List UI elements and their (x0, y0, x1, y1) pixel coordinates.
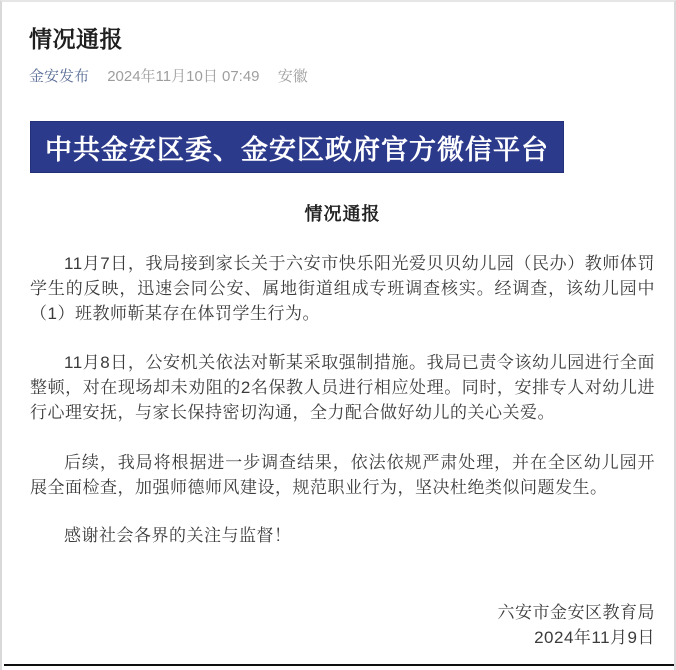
publish-datetime: 2024年11月10日 07:49 (107, 68, 259, 85)
article-title: 情况通报 (29, 24, 654, 54)
article-header: 情况通报 金安发布 2024年11月10日 07:49 安徽 (2, 2, 674, 87)
paragraph-measures-taken: 11月8日，公安机关依法对靳某采取强制措施。我局已责令该幼儿园进行全面整顿，对在… (30, 350, 655, 425)
wechat-article-page: 情况通报 金安发布 2024年11月10日 07:49 安徽 中共金安区委、金安… (0, 0, 676, 670)
banner-text: 中共金安区委、金安区政府官方微信平台 (45, 128, 549, 167)
paragraph-followup-actions: 后续，我局将根据进一步调查结果，依法依规严肃处理，并在全区幼儿园开展全面检查，加… (30, 450, 655, 500)
publish-location: 安徽 (278, 68, 308, 85)
byline: 金安发布 2024年11月10日 07:49 安徽 (29, 66, 654, 87)
notice-heading: 情况通报 (30, 202, 655, 227)
signature-date: 2024年11月9日 (30, 625, 655, 650)
signature-org: 六安市金安区教育局 (30, 600, 655, 625)
bottom-divider (4, 664, 674, 666)
account-name-link[interactable]: 金安发布 (29, 68, 89, 85)
official-platform-banner: 中共金安区委、金安区政府官方微信平台 (30, 121, 564, 173)
article-body: 情况通报 11月7日，我局接到家长关于六安市快乐阳光爱贝贝幼儿园（民办）教师体罚… (2, 202, 674, 650)
signature-block: 六安市金安区教育局 2024年11月9日 (30, 600, 655, 650)
paragraph-thanks: 感谢社会各界的关注与监督！ (30, 523, 655, 548)
paragraph-report-received: 11月7日，我局接到家长关于六安市快乐阳光爱贝贝幼儿园（民办）教师体罚学生的反映… (30, 251, 655, 326)
